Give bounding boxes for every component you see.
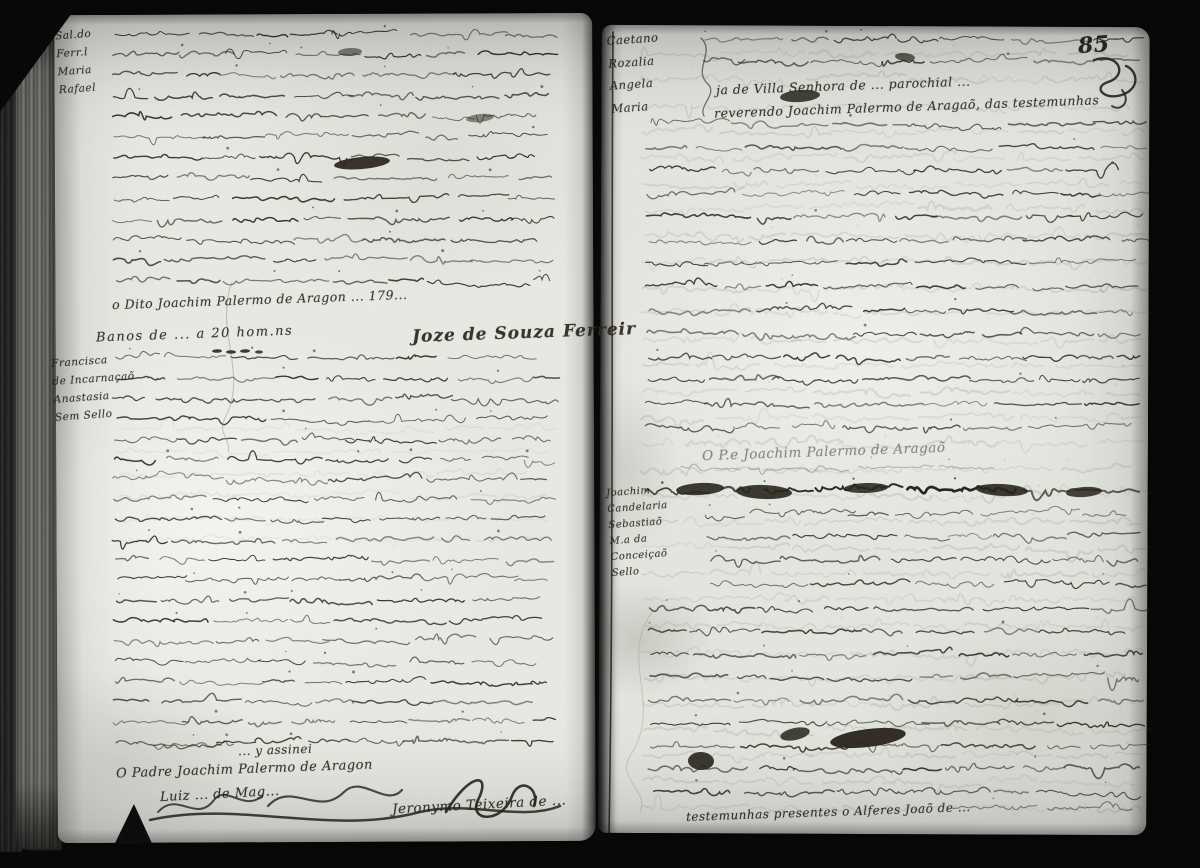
margin-name: Caetano (606, 26, 659, 52)
right-margin-names-top: Caetano Rozalia Angela Maria (606, 26, 664, 119)
manuscript-photo: Sal.do Ferr.l Maria Rafael o Dito Joachi… (0, 0, 1200, 868)
margin-name: Rafael (58, 79, 96, 100)
left-closing-small: ... y assinei (238, 742, 313, 759)
page-number: 85 (1077, 31, 1110, 59)
right-margin-names-record2: Joachim Candelaria Sebastiaõ M.a da Conc… (606, 482, 673, 582)
left-margin-names-top: Sal.do Ferr.l Maria Rafael (55, 25, 97, 99)
left-margin-names-record2: Francisca de Incarnaçaõ Anastasia Sem Se… (51, 349, 138, 427)
margin-name: Maria (611, 94, 664, 120)
book-gutter-shadow (582, 6, 616, 862)
margin-name: Rozalia (607, 49, 660, 75)
